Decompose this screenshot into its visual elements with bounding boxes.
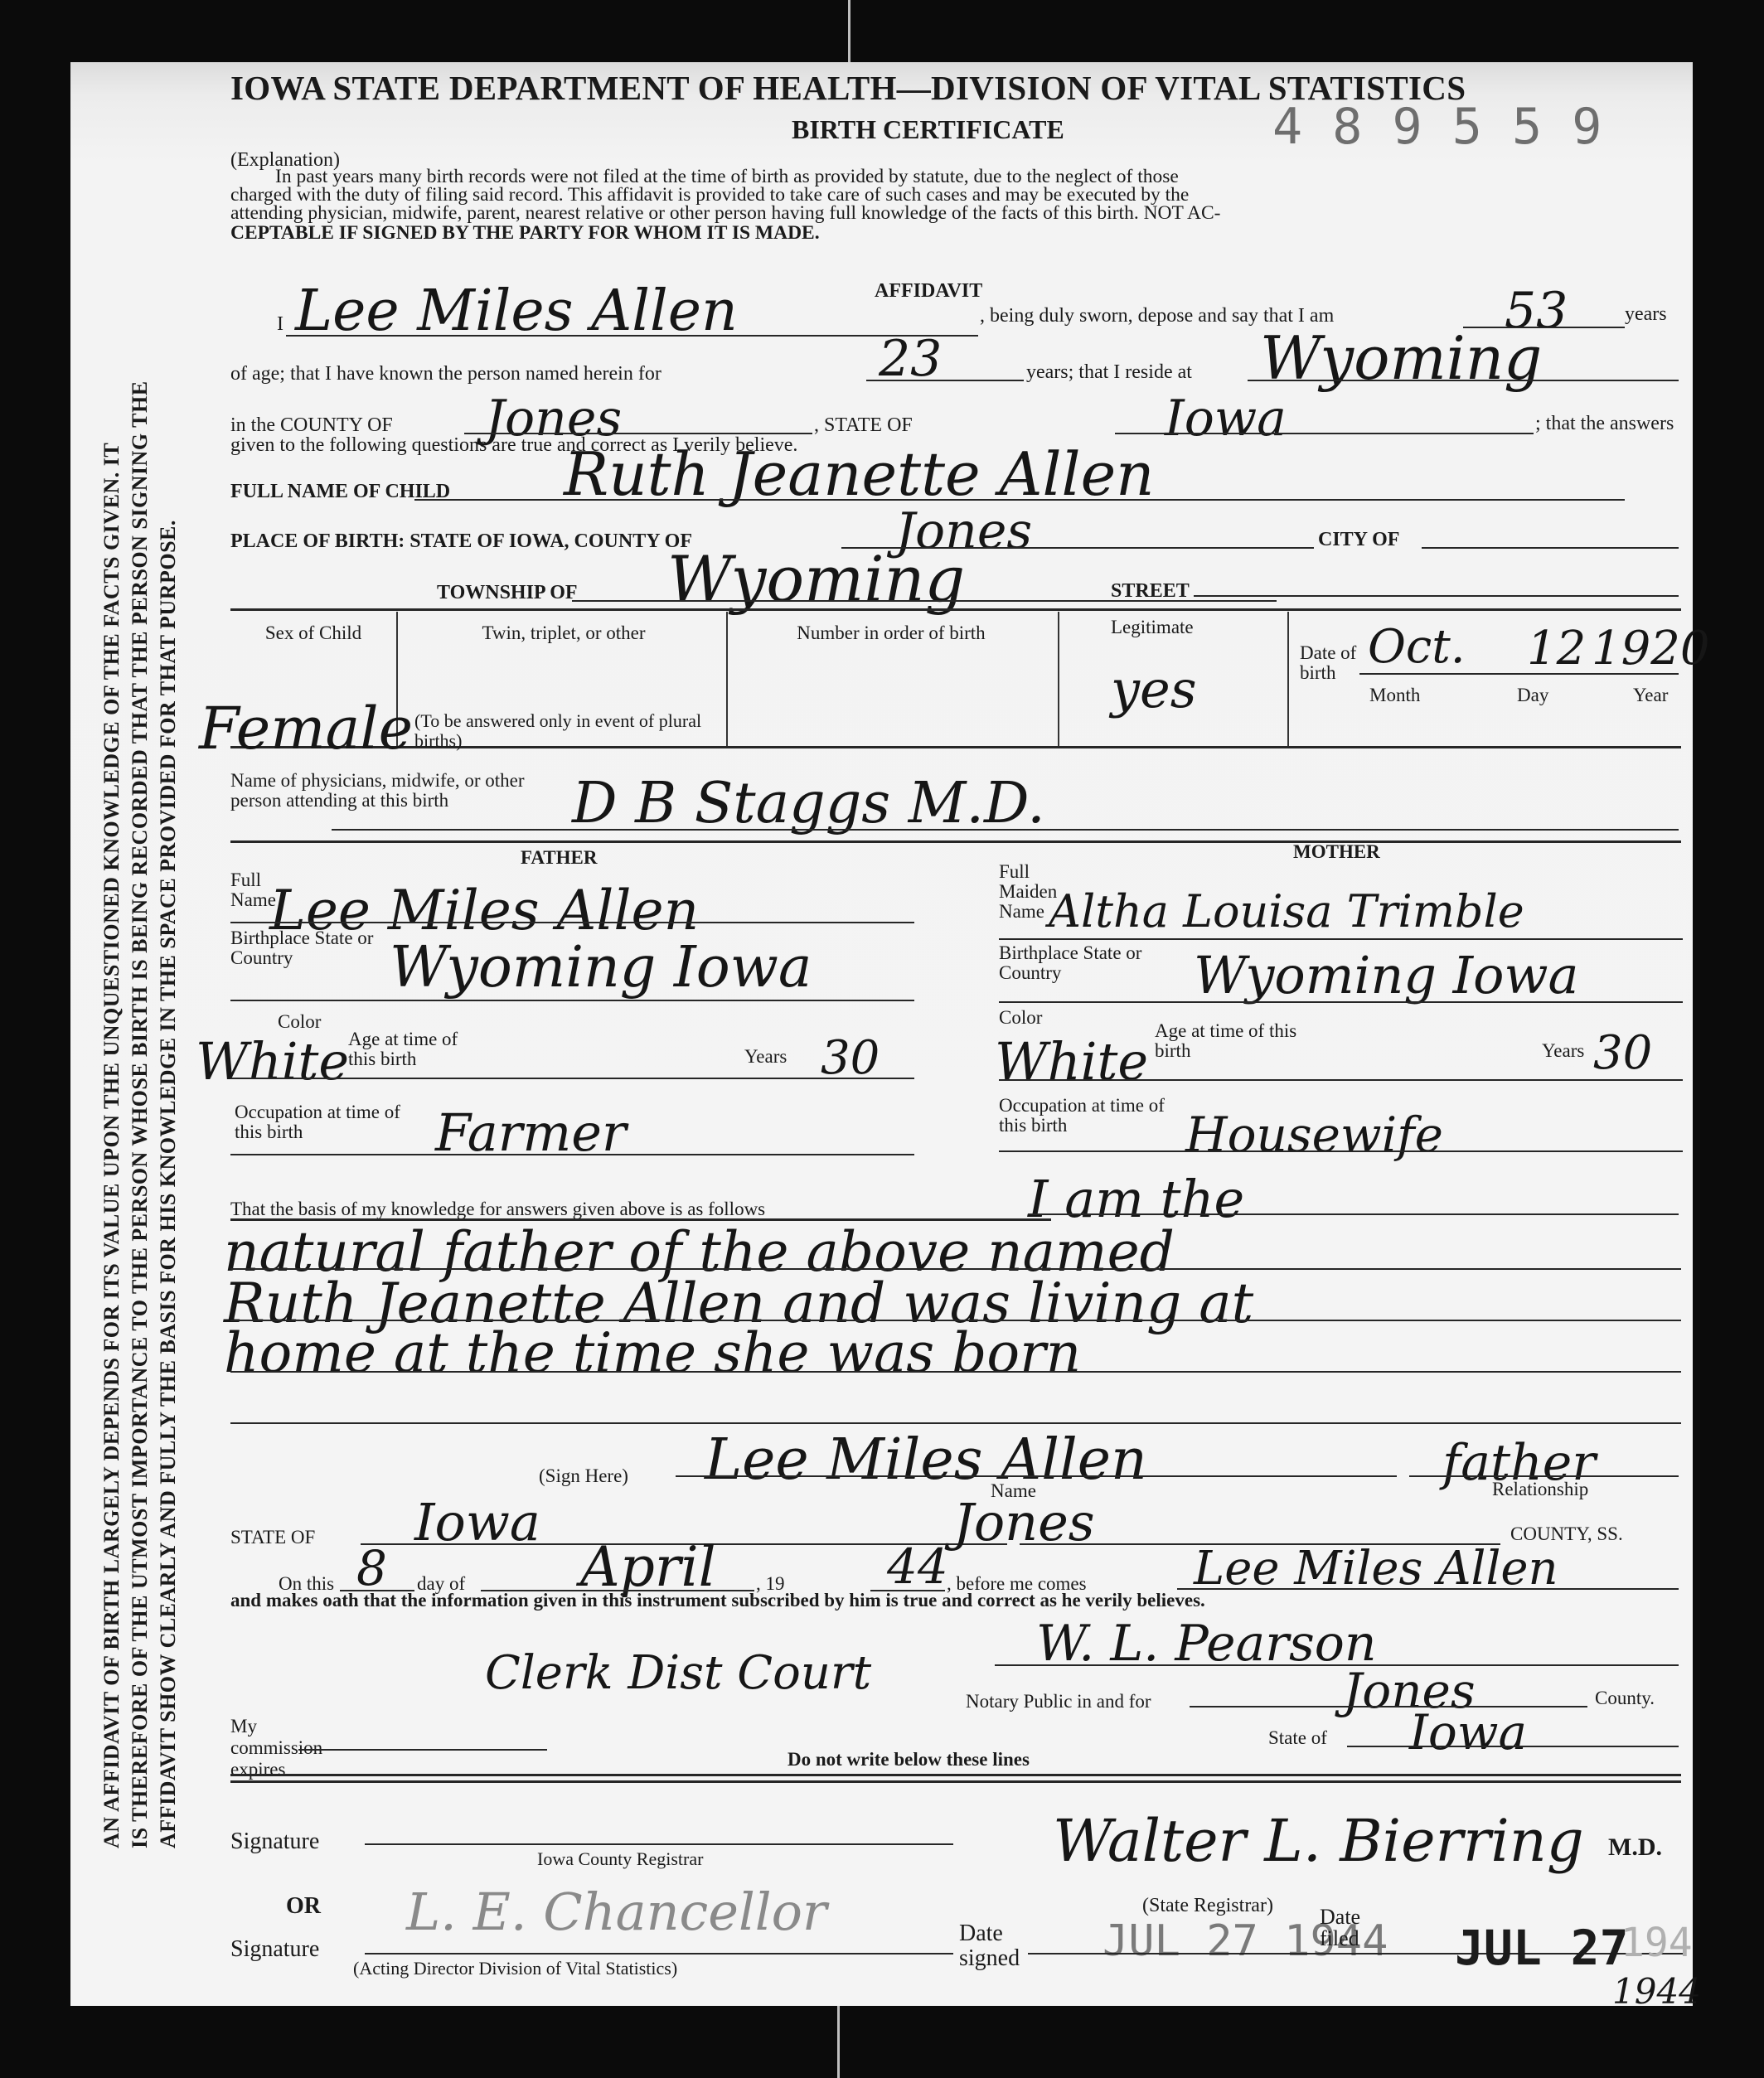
label-day: Day: [1517, 685, 1548, 706]
mother-age-field[interactable]: 30: [1593, 1026, 1652, 1080]
label-commission: My commission expires: [230, 1716, 346, 1780]
township-field[interactable]: Wyoming: [667, 542, 965, 616]
side-notice: AN AFFIDAVIT OF BIRTH LARGELY DEPENDS FO…: [98, 157, 206, 1848]
sex-field[interactable]: Female: [199, 695, 413, 763]
father-birthplace-field[interactable]: Wyoming Iowa: [390, 935, 812, 1000]
mother-occupation-field[interactable]: Housewife: [1185, 1107, 1443, 1163]
label-place-of-birth: PLACE OF BIRTH: STATE OF IOWA, COUNTY OF: [230, 530, 692, 553]
date-filed-stamp: JUL 27: [1455, 1920, 1629, 1976]
label-county: County.: [1595, 1688, 1655, 1709]
notary-state-field-2[interactable]: Iowa: [1409, 1704, 1527, 1761]
label-county: in the COUNTY OF: [230, 414, 393, 437]
dob-year-field[interactable]: 1920: [1592, 622, 1710, 676]
city-underline: [1422, 547, 1679, 549]
mother-heading: MOTHER: [1293, 841, 1380, 863]
label-twin-note: (To be answered only in event of plural …: [414, 711, 721, 751]
mother-birthplace-field[interactable]: Wyoming Iowa: [1194, 945, 1579, 1005]
label-mother-color: Color: [999, 1007, 1042, 1029]
mother-birthplace-underline: [999, 1001, 1683, 1003]
label-father-occupation: Occupation at time of this birth: [235, 1102, 425, 1142]
label-i: I: [277, 313, 283, 336]
label-acting-director: (Acting Director Division of Vital Stati…: [353, 1958, 677, 1979]
basis-underline-2: [230, 1268, 1681, 1270]
mother-name-underline: [999, 938, 1683, 940]
label-sign-here: (Sign Here): [539, 1465, 628, 1487]
col-divider-4: [1287, 612, 1289, 746]
label-street: STREET: [1111, 580, 1190, 603]
col-divider-2: [726, 612, 728, 746]
attendant-bottom-rule: [230, 840, 1681, 843]
label-father-birthplace: Birthplace State or Country: [230, 928, 396, 968]
signature-2-underline: [365, 1953, 953, 1954]
side-notice-line-2: IS THEREFORE OF THE UTMOST IMPORTANCE TO…: [126, 157, 154, 1848]
affiant-signature-field[interactable]: Lee Miles Allen: [705, 1427, 1147, 1493]
child-name-underline: [414, 499, 1625, 501]
dob-underline: [1359, 673, 1679, 675]
do-not-write-notice: Do not write below these lines: [787, 1749, 1030, 1770]
label-county-registrar: Iowa County Registrar: [537, 1848, 703, 1870]
affidavit-heading: AFFIDAVIT: [875, 280, 982, 303]
notary-affiant-underline: [1177, 1588, 1679, 1590]
label-or: OR: [286, 1893, 321, 1920]
legitimate-field[interactable]: yes: [1111, 659, 1197, 719]
label-date-filed: Date filed: [1320, 1906, 1378, 1950]
table-top-rule: [230, 608, 1681, 611]
label-relationship: Relationship: [1492, 1479, 1588, 1500]
relationship-underline: [1409, 1475, 1679, 1477]
father-birthplace-underline: [230, 1000, 914, 1001]
father-name-underline: [230, 922, 914, 923]
signature-underline: [676, 1475, 1397, 1477]
label-twin: Twin, triplet, or other: [464, 623, 663, 643]
father-occupation-underline: [230, 1154, 914, 1155]
do-not-write-rule-1: [230, 1774, 1681, 1776]
residence-field[interactable]: Wyoming: [1260, 323, 1542, 393]
label-mother-birthplace: Birthplace State or Country: [999, 943, 1165, 983]
film-streak-top: [848, 0, 850, 62]
label-attendant: Name of physicians, midwife, or other pe…: [230, 771, 529, 811]
do-not-write-rule-2: [230, 1780, 1681, 1783]
mother-age-underline: [999, 1079, 1683, 1081]
label-legitimate: Legitimate: [1111, 617, 1194, 638]
label-mother-occupation: Occupation at time of this birth: [999, 1096, 1190, 1136]
label-date-signed: Date signed: [959, 1921, 1025, 1971]
label-mother-years: Years: [1542, 1040, 1584, 1062]
residence-underline: [1248, 380, 1679, 381]
mother-occupation-underline: [999, 1150, 1683, 1152]
label-reside: years; that I reside at: [1026, 361, 1192, 384]
mother-color-field[interactable]: White: [995, 1031, 1148, 1092]
certificate-number: 4 8 9 5 5 9: [1272, 98, 1602, 156]
commission-underline: [298, 1749, 547, 1751]
notary-day-field[interactable]: 8: [356, 1540, 387, 1596]
explanation-line-4: CEPTABLE IF SIGNED BY THE PARTY FOR WHOM…: [230, 222, 820, 245]
label-state-registrar: (State Registrar): [1142, 1895, 1273, 1917]
side-notice-line-1: AN AFFIDAVIT OF BIRTH LARGELY DEPENDS FO…: [98, 157, 126, 1848]
label-state-of-2: State of: [1268, 1727, 1327, 1749]
date-filed-year: 1944: [1612, 1971, 1701, 2012]
explanation-line-3: attending physician, midwife, parent, ne…: [230, 202, 1220, 225]
film-streak-bottom: [837, 2006, 840, 2078]
label-md: M.D.: [1608, 1833, 1662, 1862]
label-date-of-birth: Date of birth: [1300, 643, 1362, 683]
label-month: Month: [1369, 685, 1420, 706]
dob-day-field[interactable]: 12: [1527, 622, 1586, 676]
notary-title-field[interactable]: Clerk Dist Court: [485, 1646, 871, 1700]
state-registrar-signature: Walter L. Bierring: [1053, 1807, 1584, 1875]
label-father-years: Years: [744, 1046, 787, 1068]
label-state: , STATE OF: [814, 414, 913, 437]
notary-state-underline-2: [1347, 1746, 1679, 1747]
basis-underline-1: [1028, 1213, 1679, 1215]
signature-1-underline: [365, 1843, 953, 1845]
label-father-color: Color: [278, 1011, 321, 1033]
father-color-field[interactable]: White: [196, 1031, 349, 1092]
label-city: CITY OF: [1318, 529, 1399, 551]
label-basis: That the basis of my knowledge for answe…: [230, 1199, 765, 1220]
notary-year-field[interactable]: 44: [887, 1538, 948, 1595]
label-signature-1: Signature: [230, 1829, 319, 1855]
state-underline: [1115, 433, 1534, 434]
notary-signature-underline: [995, 1664, 1679, 1666]
father-age-underline: [230, 1078, 914, 1079]
years-known-underline: [866, 380, 1024, 381]
acting-director-signature: L. E. Chancellor: [406, 1882, 827, 1942]
label-township: TOWNSHIP OF: [437, 582, 578, 604]
label-notary-public: Notary Public in and for: [966, 1691, 1151, 1712]
state-field[interactable]: Iowa: [1165, 390, 1287, 448]
basis-line-4[interactable]: home at the time she was born: [224, 1321, 1081, 1385]
affiant-name-underline: [286, 335, 978, 337]
label-father-age: Age at time of this birth: [348, 1029, 481, 1069]
label-birth-order: Number in order of birth: [787, 623, 995, 643]
document-subtitle: BIRTH CERTIFICATE: [792, 114, 1064, 145]
label-known: of age; that I have known the person nam…: [230, 363, 661, 385]
col-divider-3: [1058, 612, 1059, 746]
street-underline: [1194, 595, 1679, 597]
attendant-underline: [332, 829, 1679, 831]
basis-underline-5: [230, 1422, 1681, 1424]
notary-county-underline-2: [1190, 1706, 1587, 1707]
side-notice-line-3: AFFIDAVIT SHOW CLEARLY AND FULLY THE BAS…: [154, 157, 182, 1848]
label-sex: Sex of Child: [264, 623, 363, 643]
label-year: Year: [1633, 685, 1668, 706]
label-state-of: STATE OF: [230, 1527, 315, 1548]
faded-stamp-tail: 194: [1621, 1920, 1693, 1966]
label-answers: ; that the answers: [1535, 413, 1674, 435]
mother-name-field[interactable]: Altha Louisa Trimble: [1049, 885, 1524, 937]
basis-underline-4: [230, 1371, 1681, 1373]
label-years: years: [1625, 303, 1667, 326]
oath-text: and makes oath that the information give…: [230, 1590, 1205, 1611]
label-mother-age: Age at time of this birth: [1155, 1021, 1321, 1061]
label-signature-2: Signature: [230, 1936, 319, 1963]
dob-month-field[interactable]: Oct.: [1368, 620, 1466, 674]
father-heading: FATHER: [521, 847, 597, 869]
attendant-field[interactable]: D B Staggs M.D.: [572, 771, 1045, 836]
